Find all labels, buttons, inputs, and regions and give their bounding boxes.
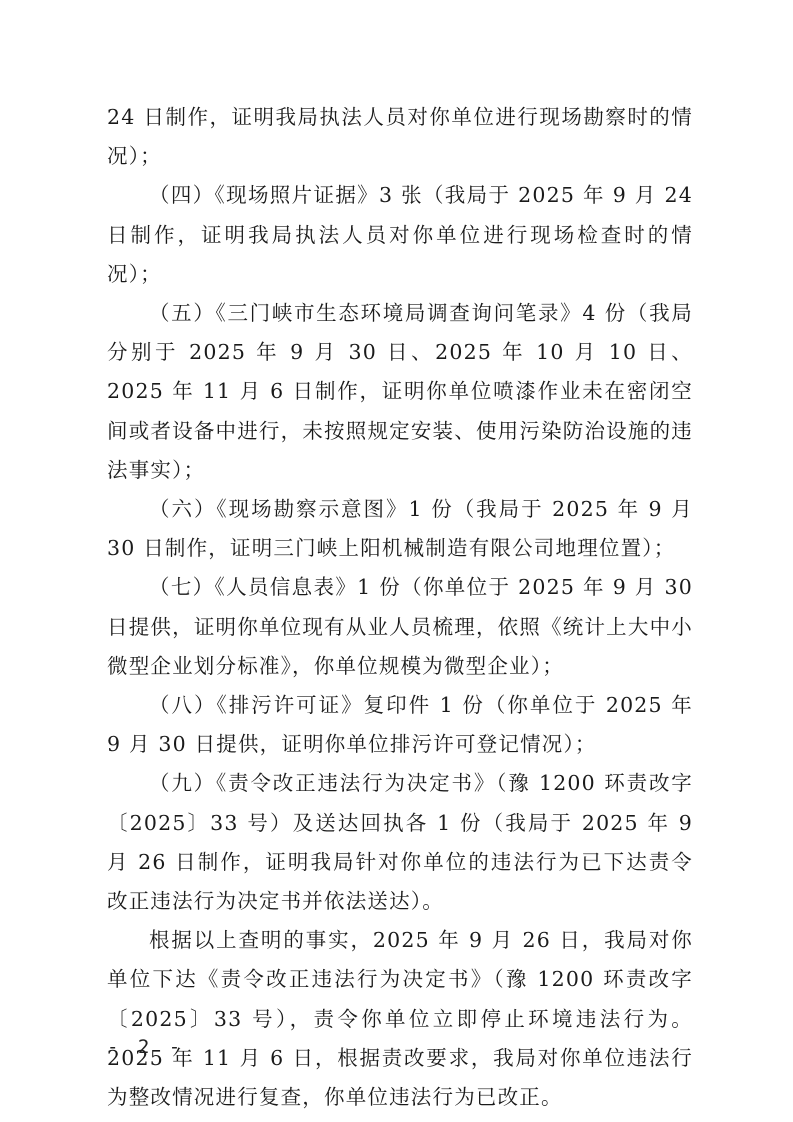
paragraph-conclusion: 根据以上查明的事实，2025 年 9 月 26 日，我局对你单位下达《责令改正违… [107, 921, 693, 1117]
document-body: 24 日制作，证明我局执法人员对你单位进行现场勘察时的情况）； （四）《现场照片… [107, 98, 693, 1117]
page-number: - 2 - [107, 1036, 184, 1058]
paragraph-continuation: 24 日制作，证明我局执法人员对你单位进行现场勘察时的情况）； [107, 98, 693, 176]
paragraph-evidence-item-7: （七）《人员信息表》1 份（你单位于 2025 年 9 月 30 日提供，证明你… [107, 568, 693, 686]
paragraph-evidence-item-5: （五）《三门峡市生态环境局调查询问笔录》4 份（我局分别于 2025 年 9 月… [107, 294, 693, 490]
paragraph-evidence-item-8: （八）《排污许可证》复印件 1 份（你单位于 2025 年 9 月 30 日提供… [107, 686, 693, 764]
paragraph-evidence-item-6: （六）《现场勘察示意图》1 份（我局于 2025 年 9 月 30 日制作，证明… [107, 490, 693, 568]
paragraph-evidence-item-4: （四）《现场照片证据》3 张（我局于 2025 年 9 月 24 日制作，证明我… [107, 176, 693, 294]
paragraph-evidence-item-9: （九）《责令改正违法行为决定书》（豫 1200 环责改字〔2025〕33 号）及… [107, 764, 693, 921]
